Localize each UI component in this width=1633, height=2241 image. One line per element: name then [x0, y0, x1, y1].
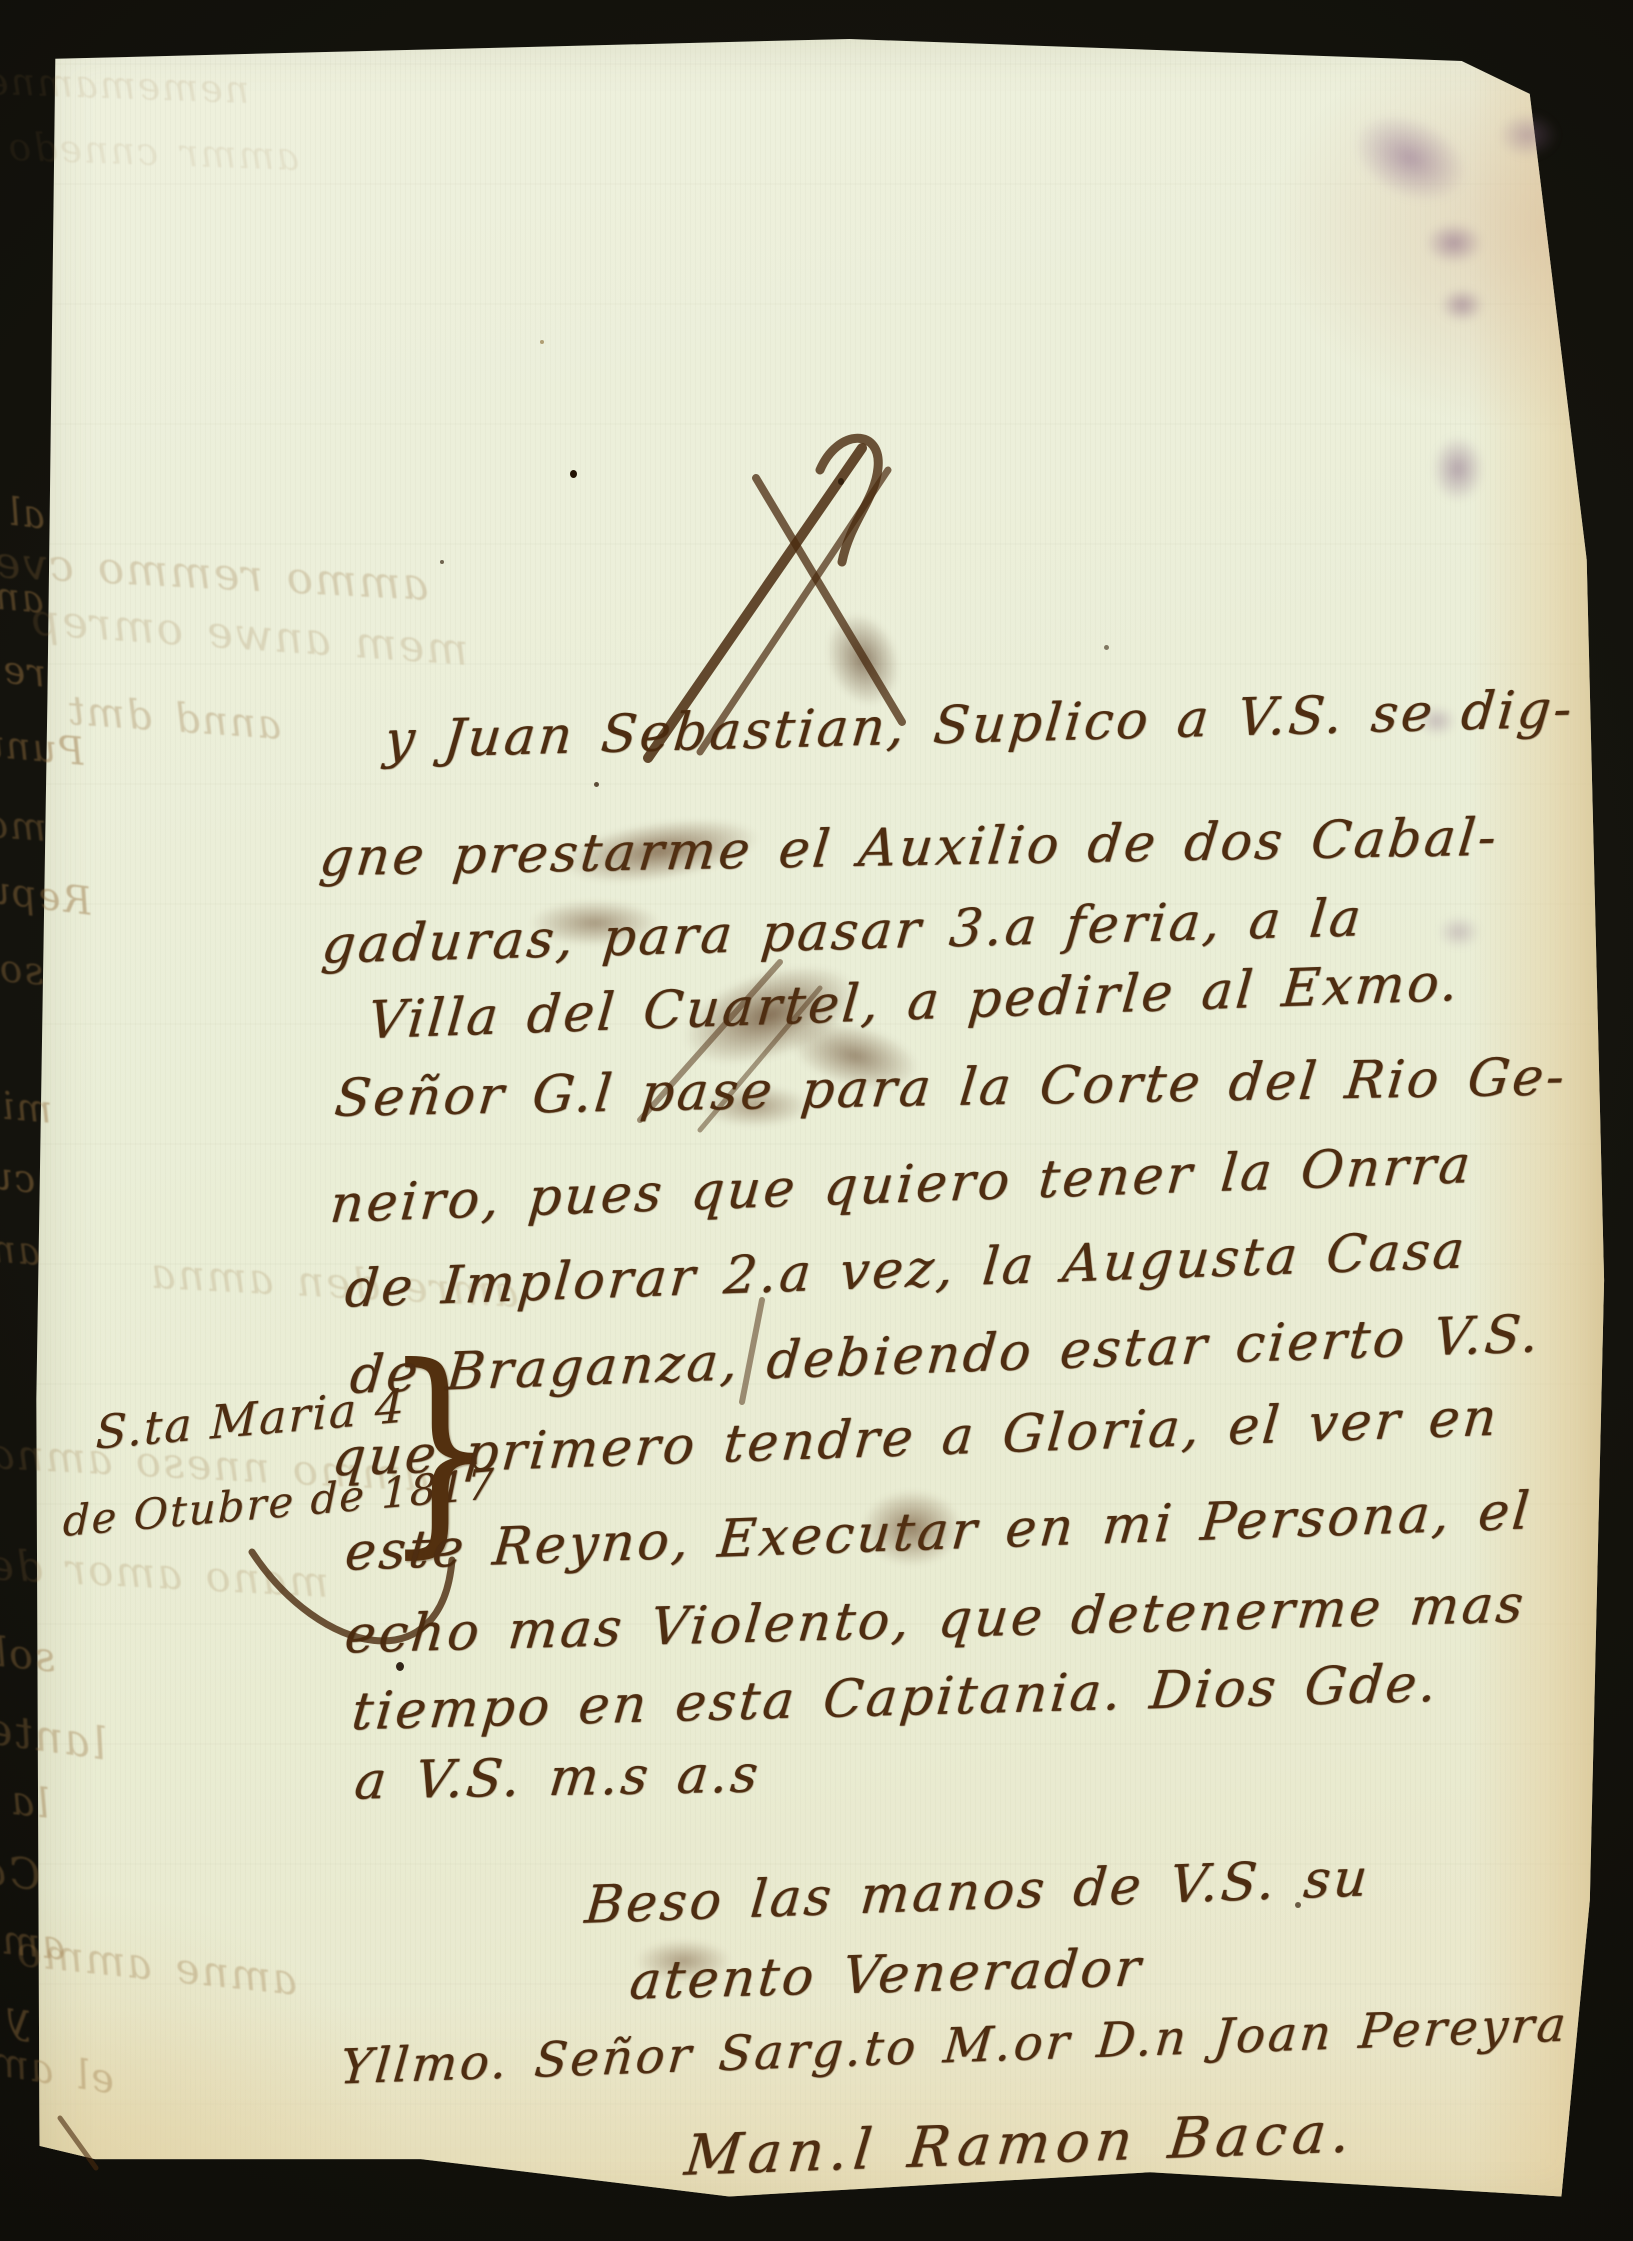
scanned-letter-photo: nememamne ammo cmmd ammoammr cnnedo amme… [0, 0, 1633, 2241]
paper-speck [594, 782, 599, 787]
ink-blot [636, 1940, 731, 1982]
paper-speck [570, 470, 577, 478]
paper-speck [540, 340, 544, 344]
ink-blot [557, 808, 763, 893]
paper-speck [1295, 1902, 1301, 1908]
paper-speck [1104, 645, 1109, 650]
paper-speck [838, 478, 844, 485]
ink-blot [530, 900, 660, 946]
ink-blot [814, 603, 912, 716]
purple-stain [1425, 222, 1483, 264]
paper-speck [396, 1662, 404, 1671]
purple-stain [1432, 436, 1484, 502]
ink-blot-layer [0, 0, 1633, 2241]
purple-stain [1339, 96, 1482, 219]
purple-stain [1440, 288, 1484, 322]
purple-stain [1418, 706, 1456, 736]
purple-stain [1438, 916, 1480, 948]
ink-blot [862, 1490, 962, 1566]
ink-blot [700, 1085, 810, 1127]
paper-speck [440, 560, 444, 564]
purple-stain [1498, 112, 1558, 158]
